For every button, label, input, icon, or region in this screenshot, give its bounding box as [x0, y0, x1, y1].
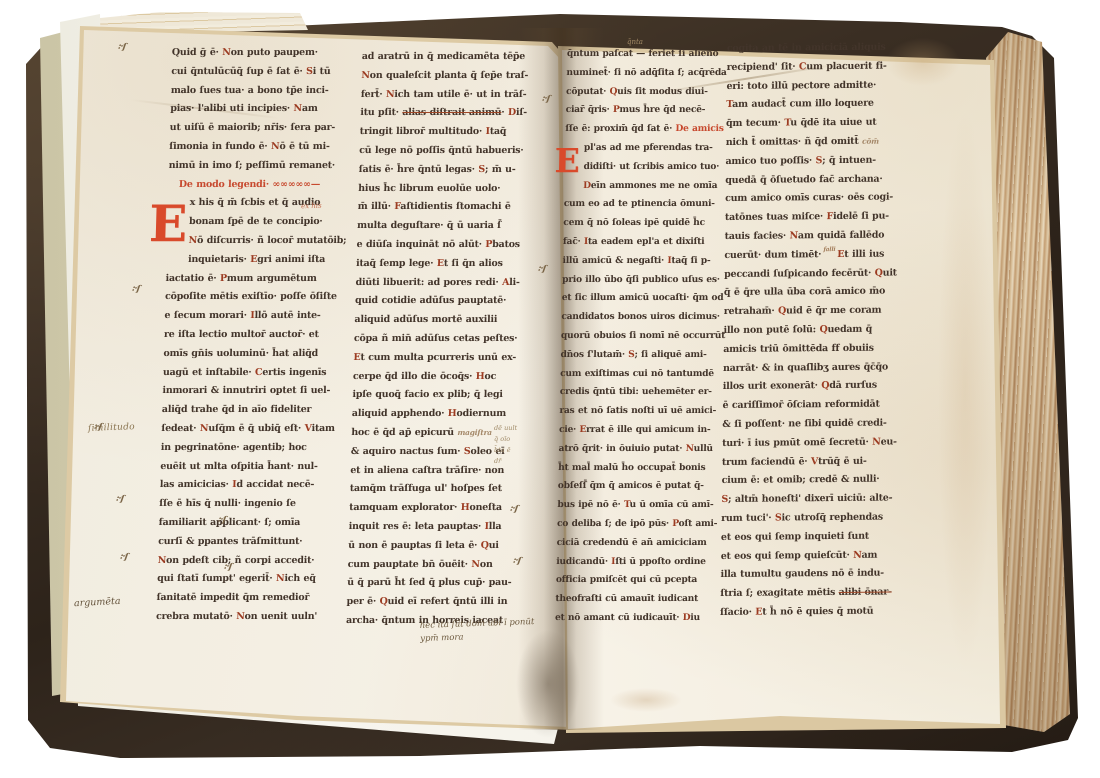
manuscript-line: cōputat· Quis ſit modus diui- — [566, 86, 736, 105]
text-column-3: q̄ntum paſcat — feriet ſi alienonuminet̄… — [555, 48, 737, 631]
manuscript-line: Tam audact̄ cum illo loquere — [726, 98, 910, 118]
manuscript-line: cem q̄ nō ſoleas ipē quidē h̄c — [563, 217, 733, 236]
manuscript-line: didiſti· ut ſcribis amico tuo· — [564, 161, 734, 180]
manuscript-line: iactatio ē· Pmum argumētum — [165, 273, 358, 292]
manuscript-line: et in aliena caſtra trāſire· non — [350, 465, 535, 484]
manuscript-line: inmorari & innutriri optet ſi uel- — [162, 385, 355, 404]
manuscript-line: ciciā credendū ē an̄ amiciciam — [556, 537, 726, 556]
manuscript-line: et eos qui ſemp inquieti ſunt — [721, 530, 905, 550]
manuscript-line: Ex his q̄ m̄ ſcbis et q̄ audio — [167, 197, 360, 216]
manuscript-line: q̄ntum paſcat — feriet ſi alieno — [567, 48, 737, 67]
manuscript-line: atrō q̄rit· in ōuiuio putat· Nullū — [558, 443, 728, 462]
manuscript-line: malo ſues tua· a bono tp̄e inci- — [170, 85, 363, 104]
manuscript-line: m̄ illū· Faſtidientis ſtomachi ē — [357, 201, 542, 220]
manuscript-line: euēit ut mlta oſpitia h̄ant· nul- — [160, 461, 353, 480]
manuscript-line: candidatos bonos uiros dicimus· — [561, 311, 731, 330]
manuscript-line: per ē· Quid eī refert q̄ntū illi in — [346, 596, 531, 615]
manuscript-line: inquit res ē: leta pauptas· Illa — [348, 521, 533, 540]
manuscript-line: cum amico omīs curas· oēs cogi- — [725, 192, 909, 212]
manuscript-line: quedā q̄ ōſuetudo fac̄ archana· — [725, 173, 909, 193]
manuscript-line: turi· ī ius pmūt omē ſecretū· Neu- — [722, 436, 906, 456]
manuscript-line: et ſic illum amicū uocaſti· q̄m od — [561, 292, 731, 311]
manuscript-line: obſeſſ̄ q̄m q̄ amicos ē putat q̄- — [558, 480, 728, 499]
text-column-1: Quid ḡ ē· Non puto paupem·cui q̄ntulūcūq… — [156, 47, 364, 630]
manuscript-line: bus ipē nō ē· Tu ū omīa cū amī- — [557, 499, 727, 518]
manuscript-line: et eos qui ſemp quieſcūt· Nam — [721, 549, 905, 569]
manuscript-line: curſī & ppantes trāſmittunt· — [158, 536, 351, 555]
manuscript-line: h̄t mal̄ malū h̄o occupat̄ bonis — [558, 462, 728, 481]
manuscript-line: re iſta lectio multor̄ auctor̄· et — [164, 329, 357, 348]
manuscript-line: diūti libuerit: ad pores redi· Ali- — [355, 277, 540, 296]
manuscript-line: Non qualeſcit planta q̄ ſep̄e traſ- — [361, 70, 546, 89]
manuscript-line: S; altm̄ honeſti' dixerī uiciū: alte- — [721, 493, 905, 513]
manuscript-line: fert̄· Nich tam utile ē· ut in trāſ- — [360, 89, 545, 108]
manuscript-line: cum eo ad te ptinencia ōmuni- — [563, 198, 733, 217]
manuscript-line: crebra mutatō· Non uenit uuln' — [156, 611, 349, 630]
manuscript-line: itaq̄ ſemp lege· Et ſi q̄n alios — [356, 258, 541, 277]
manuscript-line: ciar̄ q̄ris· Pmus h̄re q̄d necē- — [565, 104, 735, 123]
manuscript-line: ſſe ē hīs q̄ nulli· ingenio ſe — [159, 498, 352, 517]
manuscript-line: theofraſti cū amauīt iudicant — [555, 593, 725, 612]
manuscript-line: Deīn ammones me ne omīa — [564, 180, 734, 199]
manuscript-line: nimū in imo ſ; peſſimū remanet· — [168, 160, 361, 179]
manuscript-line: & aquiro nactus ſum· Soleo eī — [350, 446, 535, 465]
manuscript-line: illū amicū & negaſti· Itaq̄ ſi p- — [562, 255, 732, 274]
manuscript-line: aliq̄d trahe q̄d in aīo fideliter — [161, 404, 354, 423]
manuscript-line: dn̄os ſ'lutam̄· S; ſi aliquē ami- — [560, 349, 730, 368]
manuscript-line: ū q̄ parū h̄t ſed q̄ plus cup̄· pau- — [347, 577, 532, 596]
manuscript-line: narrāt· & in quaſlibʒ aures q̄c̄q̄o — [723, 361, 907, 381]
manuscript-line: Epl'as ad me pferendas tra- — [565, 142, 735, 161]
manuscript-line: in pegrinatōne· agentib; hoc — [160, 442, 353, 461]
manuscript-line: cui q̄ntulūcūq̄ ſup ē ſat ē· Si tū — [171, 66, 364, 85]
manuscript-line: credis q̄ntū tibi: uehemēter er- — [560, 386, 730, 405]
manuscript-line: et nō amant cū iudicauīt· Diu — [555, 612, 725, 631]
manuscript-line: ſſe ē: proxim̄ q̄d ſat ē· De amicis — [565, 123, 735, 142]
manuscript-line: familiarit applicant· ſ; omīa — [158, 517, 351, 536]
manuscript-line: ē cariſſimor̄ ōſciam reformidāt — [722, 399, 906, 419]
manuscript-line: amicis triū ōmittēda ff obuiis — [723, 342, 907, 362]
manuscript-line: quid cotidie adūſus pauptatē· — [355, 295, 540, 314]
manuscript-line: illos urit exonerāt· Qdā rurſus — [723, 380, 907, 400]
manuscript-line: ſſacio· Et h̄ nō ē quies q̄ motū — [720, 605, 904, 625]
manuscript-line: q̄ ē q̄re ulla ūba corā amico m̄o — [724, 286, 908, 306]
manuscript-line: officia pmiſcēt qui cū pcepta — [556, 574, 726, 593]
manuscript-line: inquietaris· Egri animi iſta — [166, 254, 359, 273]
manuscript-line: ſimonia in fundo ē· Nō ē tū mi- — [169, 141, 362, 160]
manuscript-line: illa tumultu gaudens nō ē indu- — [720, 568, 904, 588]
manuscript-line: quorū obuios ſi nomī nē occurrūt — [561, 330, 731, 349]
manuscript-line: Non pdeſt cib; ñ corpi accedit· — [157, 555, 350, 574]
manuscript-line: tamq̄m trāſfuga ul' hoſpes ſet — [349, 483, 534, 502]
manuscript-line: e diūſa inquināt nō alūt· Pbatos — [356, 239, 541, 258]
manuscript-line: ut uiſū ē maiorib; nr̄is· ſera par- — [169, 122, 362, 141]
manuscript-line: ū non ē pauptas ſi leta ē· Qui — [348, 540, 533, 559]
manuscript-line: cū lege nō poſſis q̄ntū habueris· — [359, 145, 544, 164]
manuscript-line: rum tuci'· Sic utroſq̄ rephendas — [721, 511, 905, 531]
manuscript-line: cerpe q̄d illo die ōcoq̄s· Hoc — [353, 371, 538, 390]
manuscript-line: cum pauptate bn̄ ōuēit· Non — [347, 559, 532, 578]
manuscript-line: co deliba ſ; de ipō pūs· Poſt ami- — [557, 518, 727, 537]
manuscript-line: ſanitatē impedit q̄m remedior̄ — [156, 592, 349, 611]
manuscript-line: Et cum multa pcurreris unū ex- — [353, 352, 538, 371]
manuscript-line: cium ē: et omib; credē & nulli· — [721, 474, 905, 494]
manuscript-line: ras et nō ſatis noſti uī uē amici- — [559, 405, 729, 424]
manuscript-line: ſedeat· Nuſq̄m ē q̄ ubiq̄ eſt· Vitam — [161, 423, 354, 442]
manuscript-line: cuerūt· dum timēt·falliEt illi ius — [724, 248, 908, 268]
manuscript-line: tamquam explorator· Honeſta — [349, 502, 534, 521]
manuscript-line: cum exiſtimas cui nō tantumdē — [560, 368, 730, 387]
manuscript-line: archa· q̄ntum in horreis iaceat — [346, 615, 531, 634]
manuscript-line: illo non putē ſolū: Quedam q̄ — [723, 323, 907, 343]
manuscript-line: & ſi poſſent· ne ſibi quidē credi- — [722, 417, 906, 437]
manuscript-line: q̄m tecum· Tu q̄dē ita uiue ut — [726, 117, 910, 137]
manuscript-line: aliquid apphendo· Hodiernum — [351, 408, 536, 427]
manuscript-line: multa deguſtare· q̄ ū uaria ſ̄ — [357, 220, 542, 239]
manuscript-line: prio illo ūbo q̄ſi publico uſus es· — [562, 274, 732, 293]
manuscript-photo: Quid ḡ ē· Non puto paupem·cui q̄ntulūcūq… — [0, 0, 1100, 778]
manuscript-line: De modo legendi· ∞∞∞∞∞— — [168, 179, 361, 198]
text-column-2: ad aratrū in q̄ medicamēta tēp̄eNon qual… — [346, 51, 546, 634]
manuscript-line: ad aratrū in q̄ medicamēta tēp̄e — [361, 51, 546, 70]
manuscript-line: bonam ſpē de te concipio· — [167, 216, 360, 235]
manuscript-line: peccandi ſuſpicando fecērūt· Quit — [724, 267, 908, 287]
manuscript-line: tringit libror̄ multitudo· Itaq̄ — [359, 126, 544, 145]
manuscript-line: cōpoſite mētis exiſtīo· poſſe ōſiſte — [165, 291, 358, 310]
manuscript-line: las amicicias· Id accidat necē- — [159, 479, 352, 498]
manuscript-line: tatōnes tuas miſce· Fidelē ſi pu- — [725, 211, 909, 231]
manuscript-line: tauis facies· Nam quidā fallēdo — [724, 229, 908, 249]
manuscript-line: numinet̄· ſi nō adq̄ſita ſ; acq̄rēda — [566, 67, 736, 86]
manuscript-line: cogita an tē in amiciciā aliquis — [727, 41, 911, 61]
manuscript-line: fac̄· Ita eadem epl'a et dixiſti — [563, 236, 733, 255]
manuscript-line: retraham̄· Quid ē q̄r me coram — [724, 305, 908, 325]
text-column-4: cogita an tē in amiciciā aliquisrecipien… — [720, 41, 911, 625]
manuscript-line: cōpa ñ min̄ adūſus cetas peſtes· — [354, 333, 539, 352]
manuscript-line: ſtria ſ; exagitate mētis alibi ōnar- — [720, 586, 904, 606]
manuscript-line: Quid ḡ ē· Non puto paupem· — [171, 47, 364, 66]
manuscript-line: aliquid adūſus mortē auxilii — [354, 314, 539, 333]
manuscript-line: amico tuo poſſis· S; q̄ intuen- — [725, 154, 909, 174]
manuscript-line: eri: toto illū pectore admitte· — [726, 79, 910, 99]
manuscript-line: qui ſtatī ſumpt' egerit̄· Nich eq̄ — [157, 573, 350, 592]
manuscript-line: Nō diſcurris· ñ locor̄ mutatōib; — [166, 235, 359, 254]
manuscript-line: ipſe quoq̄ facio ex plib; q̄ legi — [352, 389, 537, 408]
manuscript-line: nich t̄ omittas· ñ q̄d omitt̄ cōm̄ — [726, 135, 910, 155]
manuscript-line: iudicandū· Iſti ū ppoſto ordine — [556, 556, 726, 575]
manuscript-line: omīs gn̄is uoluminū· h̄at aliq̄d — [163, 348, 356, 367]
manuscript-line: cie· Errat ē ille qui amicum in- — [559, 424, 729, 443]
manuscript-line: ſatis ē· h̄re q̄ntū legas· S; m̄ u- — [358, 164, 543, 183]
manuscript-line: e ſecum morari· Illō autē inte- — [164, 310, 357, 329]
manuscript-line: hoc ē q̄d ap̄ epicurū magiſtra — [351, 427, 536, 446]
manuscript-line: recipiend' ſit· Cum placuerit fi- — [727, 60, 911, 80]
manuscript-line: uagū et inſtabile· Certis ingenīs — [163, 367, 356, 386]
manuscript-line: itu pſit· alias diſtrait animū· Diſ- — [360, 107, 545, 126]
manuscript-line: trum faciendū ē· Vtrūq̄ ē ui- — [722, 455, 906, 475]
manuscript-line: hius h̄c librum euolūe uolo· — [358, 183, 543, 202]
manuscript-line: pias· l'alibi uti incipies· Nam — [170, 103, 363, 122]
